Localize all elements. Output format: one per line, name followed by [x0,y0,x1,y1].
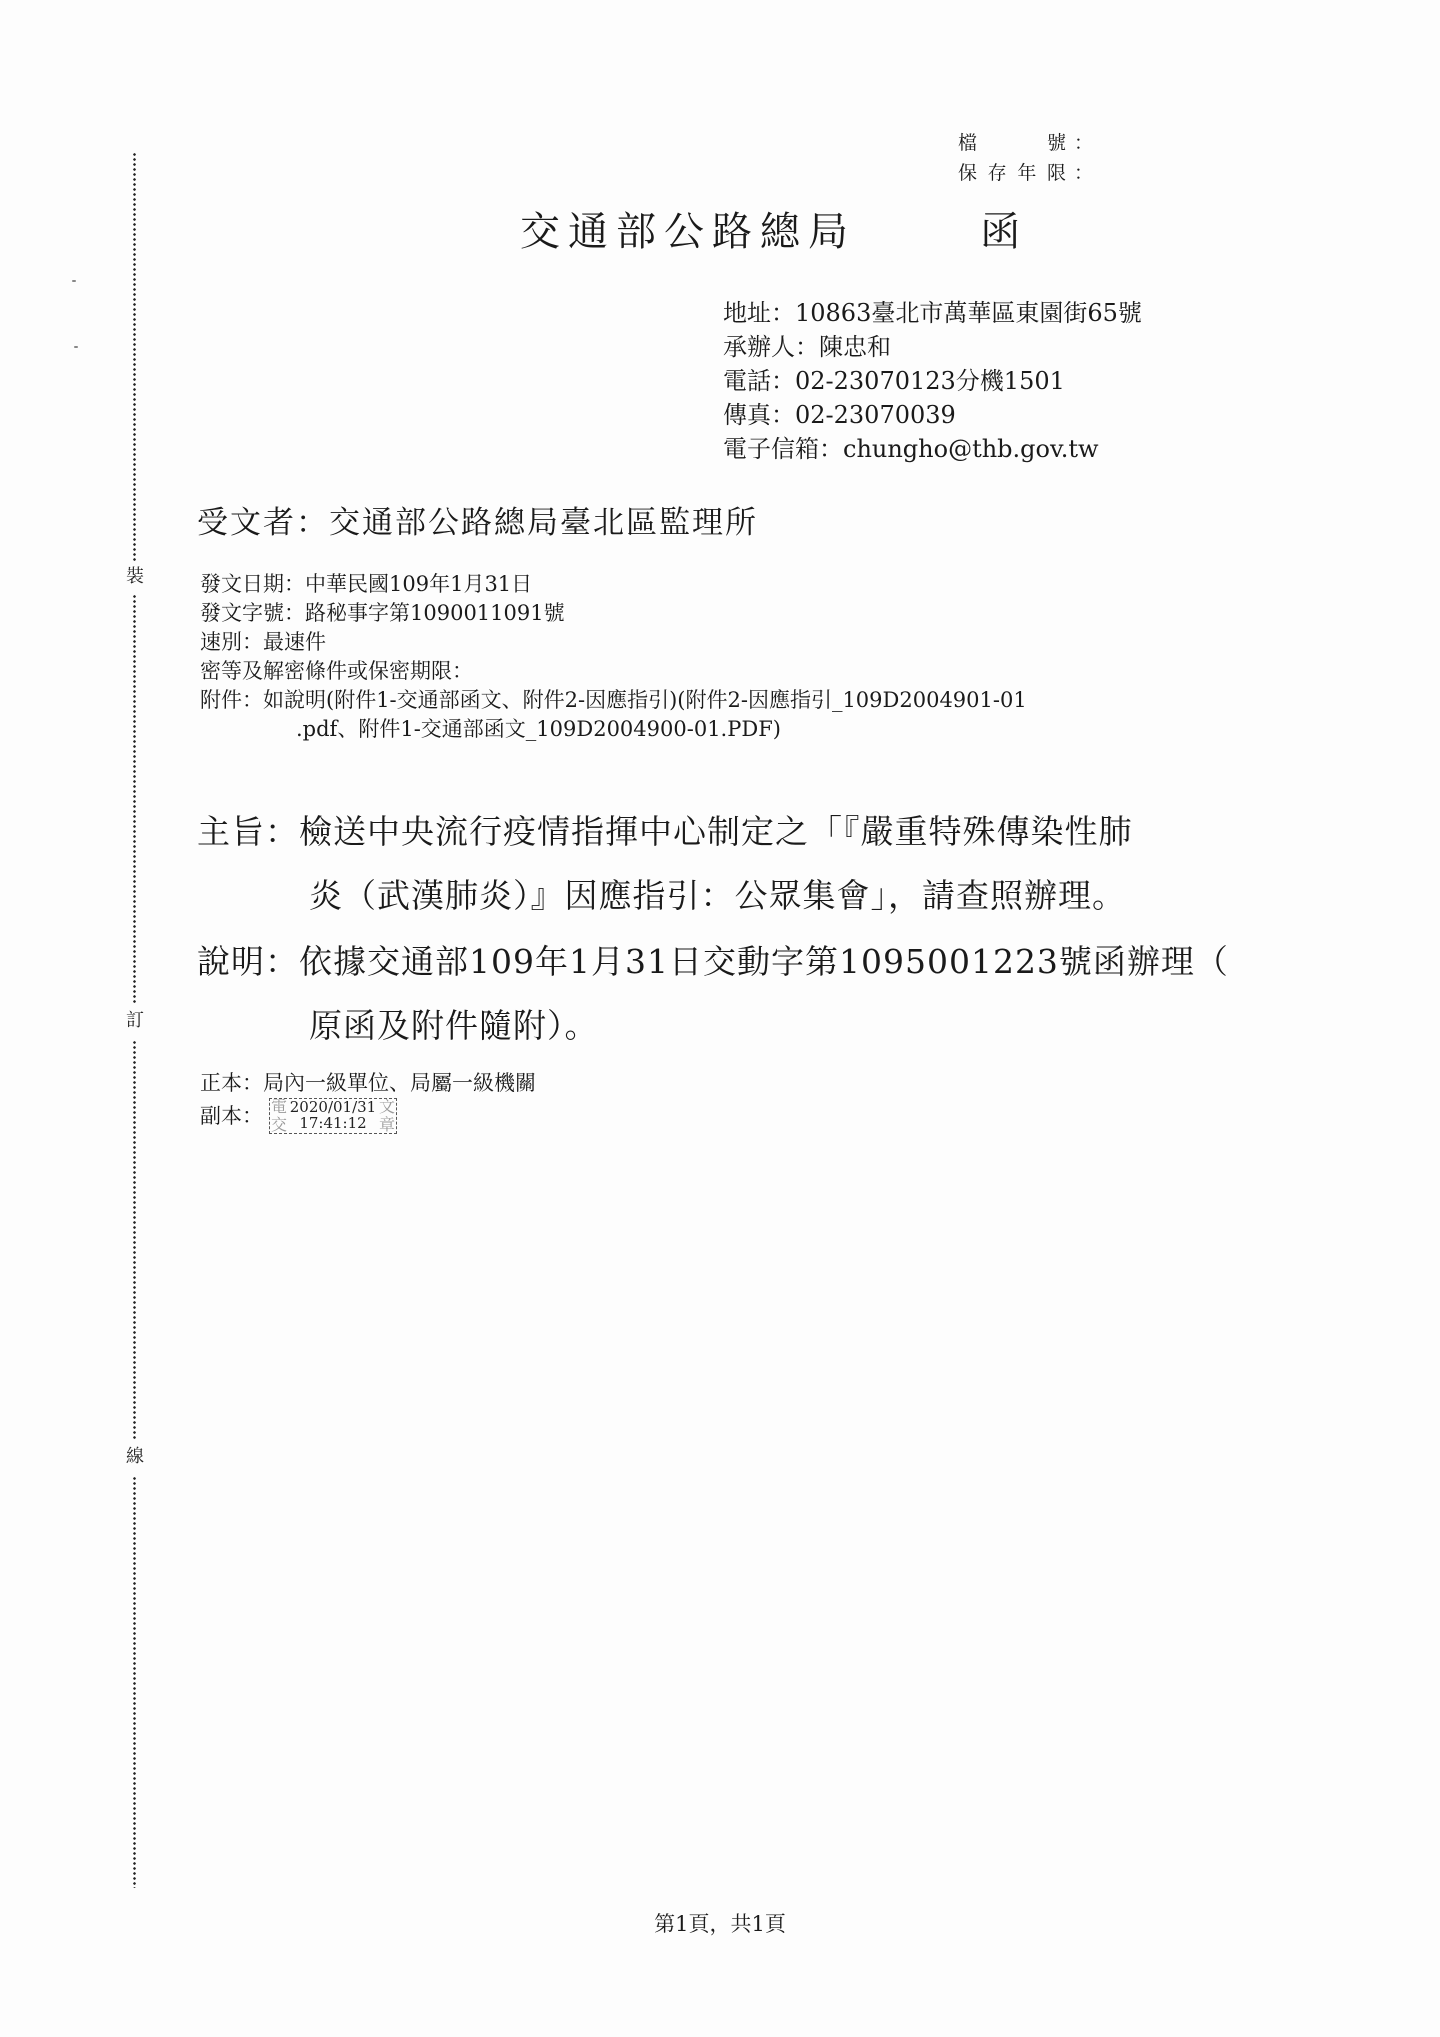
stamp-time: 17:41:12 [274,1115,392,1131]
file-number-row: 檔號 ： [958,128,1093,158]
email: 電子信箱：chungho@thb.gov.tw [723,432,1142,466]
subject-section: 主旨：檢送中央流行疫情指揮中心制定之「『嚴重特殊傳染性肺 炎（武漢肺炎）』因應指… [197,800,1133,928]
binding-label-xian: 線 [123,1442,147,1468]
copy-recipients-row: 副本： 電 文 交 章 2020/01/31 17:41:12 [200,1098,536,1134]
handler: 承辦人：陳忠和 [723,330,1142,364]
scan-speck [72,280,76,282]
binding-dotted-line [133,1040,136,1440]
explanation-section: 說明：依據交通部109年1月31日交動字第1095001223號函辦理（ 原函及… [197,930,1229,1058]
file-meta: 檔號 ： 保存年限 ： [958,128,1093,188]
document-type: 函 [980,209,1028,255]
subject-line-1: 主旨：檢送中央流行疫情指揮中心制定之「『嚴重特殊傳染性肺 [197,800,1133,864]
agency-name: 交通部公路總局 [520,209,856,255]
security-level: 密等及解密條件或保密期限： [200,657,1027,686]
attachments-line-2: .pdf、附件1-交通部函文_109D2004900-01.PDF) [200,715,1027,744]
subject-line-2: 炎（武漢肺炎）』因應指引：公眾集會」，請查照辦理。 [197,864,1133,928]
document-meta: 發文日期：中華民國109年1月31日 發文字號：路秘事字第1090011091號… [200,570,1027,744]
document-title: 交通部公路總局 函 [520,200,1028,257]
binding-label-zhuang: 裝 [123,562,147,588]
distribution-section: 正本：局內一級單位、局屬一級機關 副本： 電 文 交 章 2020/01/31 … [200,1068,536,1134]
binding-dotted-line [133,1476,136,1888]
recipient: 受文者：交通部公路總局臺北區監理所 [197,497,758,542]
stamp-date: 2020/01/31 [274,1099,392,1115]
page-number: 第1頁，共1頁 [0,1908,1440,1938]
explanation-line-1: 說明：依據交通部109年1月31日交動字第1095001223號函辦理（ [197,930,1229,994]
retention-label: 保存年限 [958,158,1068,188]
fax: 傳真：02-23070039 [723,398,1142,432]
address: 地址：10863臺北市萬華區東園街65號 [723,296,1142,330]
retention-row: 保存年限 ： [958,158,1093,188]
explanation-line-2: 原函及附件隨附）。 [197,994,1229,1058]
document-number: 發文字號：路秘事字第1090011091號 [200,599,1027,628]
file-number-label: 檔號 [958,128,1068,158]
binding-label-ding: 訂 [123,1006,147,1032]
contact-block: 地址：10863臺北市萬華區東園街65號 承辦人：陳忠和 電話：02-23070… [723,296,1142,466]
document-page: 裝 訂 線 檔號 ： 保存年限 ： 交通部公路總局 函 地址：10863臺北市萬… [0,0,1440,2037]
original-recipients: 正本：局內一級單位、局屬一級機關 [200,1068,536,1098]
electronic-exchange-stamp: 電 文 交 章 2020/01/31 17:41:12 [269,1098,397,1134]
phone: 電話：02-23070123分機1501 [723,364,1142,398]
scan-speck [74,346,78,348]
binding-dotted-line [133,152,136,562]
delivery-speed: 速別：最速件 [200,628,1027,657]
binding-dotted-line [133,594,136,1004]
issue-date: 發文日期：中華民國109年1月31日 [200,570,1027,599]
attachments-line-1: 附件：如說明(附件1-交通部函文、附件2-因應指引)(附件2-因應指引_109D… [200,686,1027,715]
copy-label: 副本： [200,1101,263,1131]
